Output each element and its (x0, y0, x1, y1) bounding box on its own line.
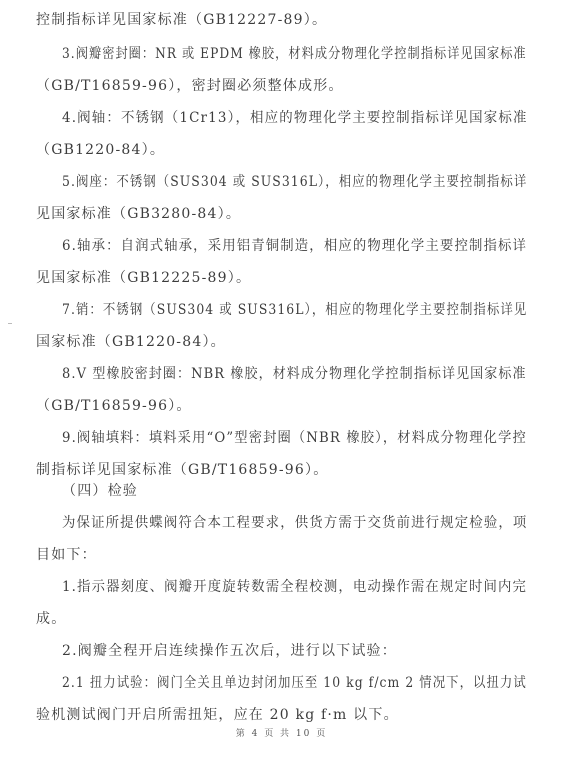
inspection-item-1: 1.指示器刻度、阀瓣开度旋转数需全程校测，电动操作需在规定时间内完 (62, 578, 527, 596)
page-number-footer: 第 4 页 共 10 页 (0, 726, 563, 739)
item-6-bearing: 6.轴承：自润式轴承，采用铝青铜制造，相应的物理化学主要控制指标详 (62, 237, 527, 255)
text-line: （GB/T16859-96）。 (36, 397, 192, 415)
text-line: （GB1220-84）。 (36, 141, 165, 159)
item-4-valve-shaft: 4.阀轴：不锈钢（1Cr13），相应的物理化学主要控制指标详见国家标准 (62, 109, 528, 127)
document-page: 控制指标详见国家标准（GB12227-89）。 3.阀瓣密封圈：NR 或 EPD… (0, 0, 563, 765)
inspection-intro: 为保证所提供蝶阀符合本工程要求，供货方需于交货前进行规定检验，项 (62, 514, 527, 532)
text-line: 国家标准（GB1220-84）。 (36, 333, 226, 351)
item-3-valve-disc-seal: 3.阀瓣密封圈：NR 或 EPDM 橡胶，材料成分物理化学控制指标详见国家标准 (62, 45, 527, 63)
text-line: 制指标详见国家标准（GB/T16859-96）。 (36, 461, 328, 479)
item-8-v-rubber-seal: 8.V 型橡胶密封圈：NBR 橡胶，材料成分物理化学控制指标详见国家标准 (62, 365, 527, 383)
text-line: 成。 (36, 610, 66, 628)
margin-mark (8, 323, 12, 324)
item-9-shaft-packing: 9.阀轴填料：填料采用“O”型密封圈（NBR 橡胶），材料成分物理化学控 (62, 429, 527, 447)
text-line: 验机测试阀门开启所需扭矩，应在 20 kg f·m 以下。 (36, 706, 399, 724)
item-5-valve-seat: 5.阀座：不锈钢（SUS304 或 SUS316L），相应的物理化学主要控制指标… (62, 173, 527, 191)
text-line: 控制指标详见国家标准（GB12227-89）。 (36, 11, 327, 29)
text-line: 见国家标准（GB3280-84）。 (36, 205, 241, 223)
inspection-item-2-1-torque-test: 2.1 扭力试验：阀门全关且单边封闭加压至 10 kg f/cm 2 情况下，以… (62, 674, 527, 692)
inspection-item-2: 2.阀瓣全程开启连续操作五次后，进行以下试验： (62, 642, 397, 660)
text-line: （GB/T16859-96），密封圈必须整体成形。 (36, 77, 344, 95)
section-heading-inspection: （四）检验 (62, 482, 138, 500)
text-line: 见国家标准（GB12225-89）。 (36, 269, 251, 287)
item-7-pin: 7.销：不锈钢（SUS304 或 SUS316L），相应的物理化学主要控制指标详… (62, 301, 527, 319)
text-line: 目如下： (36, 546, 97, 564)
